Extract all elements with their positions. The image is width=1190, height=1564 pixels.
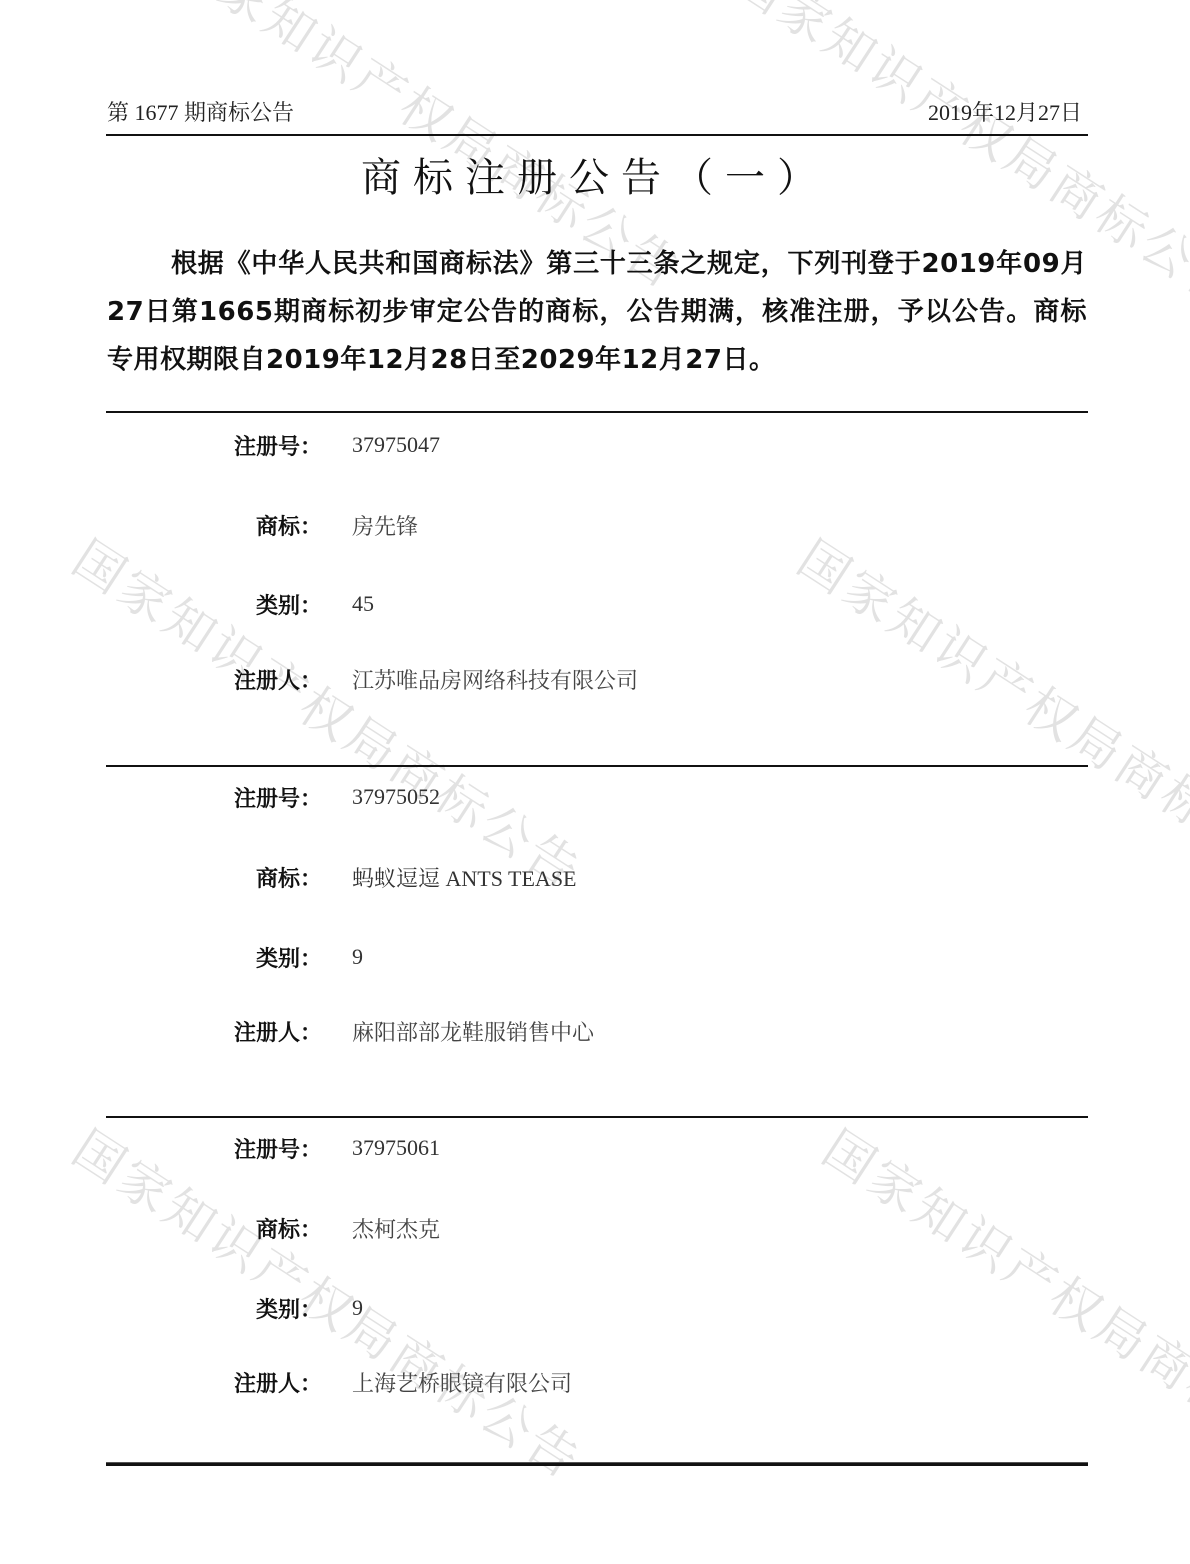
issue-number: 第 1677 期商标公告 bbox=[107, 96, 294, 127]
mark-value: 杰柯杰克 bbox=[352, 1213, 440, 1244]
mark-value: 房先锋 bbox=[352, 510, 418, 541]
reg-no-value: 37975061 bbox=[352, 1135, 440, 1161]
entry-divider bbox=[106, 765, 1088, 767]
page-title: 商标注册公告（一） bbox=[0, 146, 1190, 203]
publication-date: 2019年12月27日 bbox=[928, 96, 1082, 127]
footer-divider bbox=[106, 1462, 1088, 1466]
registrant-value: 江苏唯品房网络科技有限公司 bbox=[352, 664, 638, 695]
section-divider bbox=[106, 411, 1088, 413]
reg-no-value: 37975047 bbox=[352, 432, 440, 458]
registrant-value: 麻阳部部龙鞋服销售中心 bbox=[352, 1016, 594, 1047]
mark-label: 商标： bbox=[190, 510, 322, 541]
registrant-label: 注册人： bbox=[190, 664, 322, 695]
registrant-label: 注册人： bbox=[190, 1016, 322, 1047]
class-label: 类别： bbox=[190, 1293, 322, 1324]
class-value: 9 bbox=[352, 944, 363, 970]
watermark: 国家知识产权局商标公告 bbox=[61, 1110, 598, 1494]
mark-label: 商标： bbox=[190, 862, 322, 893]
class-label: 类别： bbox=[190, 942, 322, 973]
reg-no-label: 注册号： bbox=[190, 1133, 322, 1164]
reg-no-value: 37975052 bbox=[352, 784, 440, 810]
watermark: 国家知识产权局商标公告 bbox=[811, 1110, 1190, 1494]
class-value: 9 bbox=[352, 1295, 363, 1321]
reg-no-label: 注册号： bbox=[190, 782, 322, 813]
entry-divider bbox=[106, 1116, 1088, 1118]
registrant-value: 上海艺桥眼镜有限公司 bbox=[352, 1367, 572, 1398]
reg-no-label: 注册号： bbox=[190, 430, 322, 461]
intro-paragraph: 根据《中华人民共和国商标法》第三十三条之规定，下列刊登于2019年09月27日第… bbox=[107, 240, 1087, 384]
header-divider bbox=[106, 134, 1088, 136]
class-label: 类别： bbox=[190, 589, 322, 620]
watermark: 国家知识产权局商标公告 bbox=[61, 520, 598, 904]
watermark: 国家知识产权局商标公告 bbox=[786, 520, 1190, 904]
mark-label: 商标： bbox=[190, 1213, 322, 1244]
mark-value: 蚂蚁逗逗 ANTS TEASE bbox=[352, 862, 577, 893]
class-value: 45 bbox=[352, 591, 374, 617]
registrant-label: 注册人： bbox=[190, 1367, 322, 1398]
